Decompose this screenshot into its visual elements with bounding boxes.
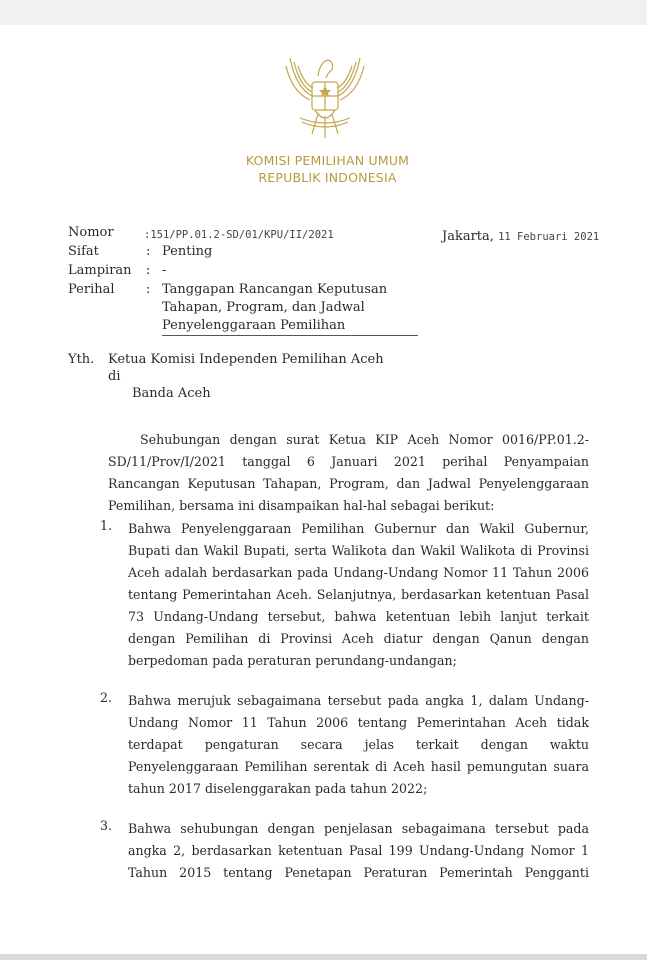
garuda-emblem-icon (282, 48, 368, 144)
top-border (0, 0, 647, 25)
addressee-city: Banda Aceh (132, 386, 211, 401)
addressee-prefix: Yth. (68, 352, 94, 367)
nomor-value: :151/PP.01.2-SD/01/KPU/II/2021 (144, 226, 334, 244)
item-number: 2. (100, 690, 112, 705)
item-number: 3. (100, 818, 112, 833)
intro-paragraph: Sehubungan dengan surat Ketua KIP Aceh N… (108, 429, 589, 517)
date-place: Jakarta, (442, 229, 494, 244)
perihal-line-2: Tahapan, Program, dan Jadwal (162, 299, 365, 317)
perihal-label: Perihal (68, 281, 148, 299)
item-text: Bahwa merujuk sebagaimana tersebut pada … (128, 690, 589, 800)
nomor-label: Nomor (68, 224, 148, 242)
organization-name: KOMISI PEMILIHAN UMUM (4, 153, 647, 168)
lampiran-value: - (162, 262, 166, 280)
sifat-label: Sifat (68, 243, 148, 261)
nomor-number: 151/PP.01.2-SD/01/KPU/II/2021 (150, 229, 333, 241)
item-text: Bahwa sehubungan dengan penjelasan sebag… (128, 818, 589, 884)
letter-date: Jakarta, 11 Februari 2021 (442, 229, 599, 244)
bottom-border (0, 954, 647, 960)
item-text: Bahwa Penyelenggaraan Pemilihan Gubernur… (128, 518, 589, 672)
addressee-di: di (108, 369, 120, 384)
date-value: 11 Februari 2021 (498, 231, 599, 243)
colon: : (146, 243, 150, 261)
perihal-underline (162, 335, 418, 336)
item-number: 1. (100, 518, 112, 533)
colon: : (146, 281, 150, 299)
lampiran-label: Lampiran (68, 262, 148, 280)
colon: : (146, 262, 150, 280)
sifat-value: Penting (162, 243, 212, 261)
perihal-line-3: Penyelenggaraan Pemilihan (162, 317, 345, 335)
organization-country: REPUBLIK INDONESIA (4, 170, 647, 185)
addressee-name: Ketua Komisi Independen Pemilihan Aceh (108, 352, 384, 367)
perihal-line-1: Tanggapan Rancangan Keputusan (162, 281, 387, 299)
